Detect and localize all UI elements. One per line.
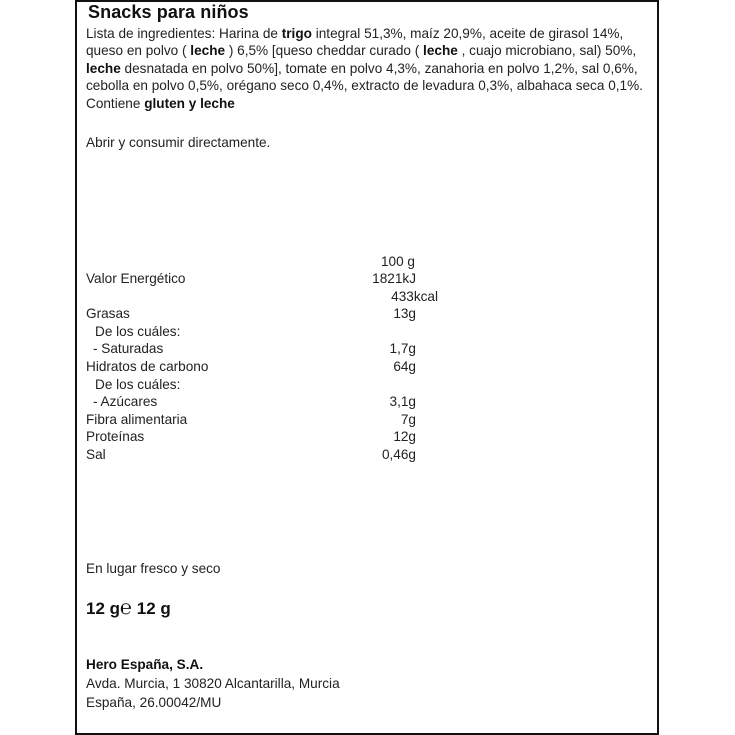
nutrient-label: De los cuáles:	[95, 324, 180, 339]
nutrient-label: Hidratos de carbono	[86, 359, 208, 374]
allergen-highlight: trigo	[282, 26, 312, 41]
manufacturer-address: Avda. Murcia, 1 30820 Alcantarilla, Murc…	[86, 676, 340, 691]
allergen-highlight: gluten y leche	[144, 96, 235, 111]
nutrient-value: 12g	[393, 429, 416, 444]
nutrient-value: 433kcal	[391, 289, 438, 304]
nutrient-value: 7g	[401, 412, 416, 427]
nutrient-label: Valor Energético	[86, 271, 186, 286]
nutrient-label: Fibra alimentaria	[86, 412, 187, 427]
nutrient-value: 1821kJ	[372, 271, 416, 286]
manufacturer-name: Hero España, S.A.	[86, 657, 203, 672]
storage-instructions: En lugar fresco y seco	[86, 561, 221, 576]
ingredients-text: Lista de ingredientes: Harina de	[86, 26, 282, 41]
nutrient-label: Proteínas	[86, 429, 144, 444]
nutrient-label: Grasas	[86, 306, 130, 321]
nutrient-label: - Saturadas	[93, 341, 163, 356]
nutrient-value: 3,1g	[390, 394, 416, 409]
nutrient-value: 64g	[393, 359, 416, 374]
ingredients-text: , cuajo microbiano, sal) 50%,	[458, 43, 636, 58]
net-quantity-left: 12 g	[86, 599, 120, 618]
usage-instructions: Abrir y consumir directamente.	[86, 135, 270, 150]
product-title: Snacks para niños	[88, 2, 249, 23]
nutrient-value: 1,7g	[390, 341, 416, 356]
manufacturer-registry: España, 26.00042/MU	[86, 695, 221, 710]
ingredients-text: ) 6,5% [queso cheddar curado (	[225, 43, 423, 58]
allergen-highlight: leche	[190, 43, 225, 58]
nutrient-value: 0,46g	[382, 447, 416, 462]
nutrient-label: Sal	[86, 447, 106, 462]
nutrient-label: De los cuáles:	[95, 377, 180, 392]
allergen-highlight: leche	[86, 61, 121, 76]
nutrient-value: 13g	[393, 306, 416, 321]
ingredients-list: Lista de ingredientes: Harina de trigo i…	[86, 25, 646, 112]
estimated-sign-icon: ℮	[120, 597, 132, 619]
nutrient-label: - Azúcares	[93, 394, 157, 409]
nutrition-header: 100 g	[381, 254, 415, 269]
net-quantity-right: 12 g	[137, 599, 171, 618]
net-quantity: 12 g℮ 12 g	[86, 597, 171, 620]
allergen-highlight: leche	[423, 43, 458, 58]
